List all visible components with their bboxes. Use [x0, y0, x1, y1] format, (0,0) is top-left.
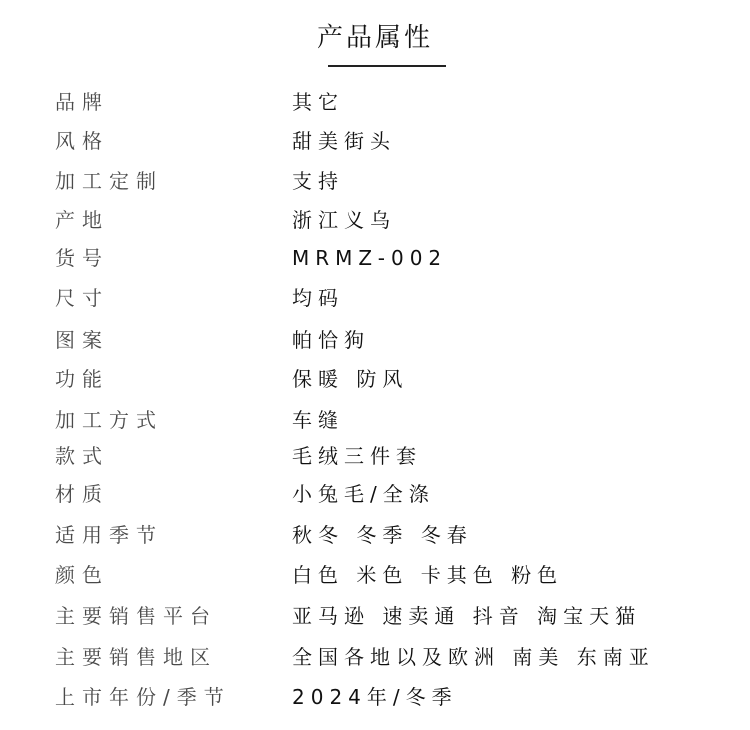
attribute-row-style: 风格 甜美街头 — [0, 126, 750, 156]
attribute-label: 产地 — [55, 205, 109, 235]
attribute-value: 其它 — [292, 87, 344, 117]
attribute-value: 全国各地以及欧洲 南美 东南亚 — [292, 642, 655, 672]
attribute-value: 毛绒三件套 — [292, 441, 422, 471]
attribute-row-sales-platforms: 主要销售平台 亚马逊 速卖通 抖音 淘宝天猫 — [0, 601, 750, 631]
attribute-value: 帕恰狗 — [292, 325, 370, 355]
attribute-row-processing-method: 加工方式 车缝 — [0, 405, 750, 435]
attribute-label: 货号 — [55, 243, 109, 273]
attribute-value: 白色 米色 卡其色 粉色 — [292, 560, 563, 590]
attribute-value: 亚马逊 速卖通 抖音 淘宝天猫 — [292, 601, 641, 631]
attribute-label: 颜色 — [55, 560, 109, 590]
attribute-label: 品牌 — [55, 87, 109, 117]
attribute-row-function: 功能 保暖 防风 — [0, 364, 750, 394]
attribute-row-design: 款式 毛绒三件套 — [0, 441, 750, 471]
attribute-value: 甜美街头 — [292, 126, 396, 156]
attribute-label: 功能 — [55, 364, 109, 394]
attribute-value: 车缝 — [292, 405, 344, 435]
attribute-value: 小兔毛/全涤 — [292, 479, 435, 509]
attribute-row-item-number: 货号 MRMZ-002 — [0, 243, 750, 273]
attribute-row-customization: 加工定制 支持 — [0, 166, 750, 196]
attribute-value: 秋冬 冬季 冬春 — [292, 520, 473, 550]
attribute-row-size: 尺寸 均码 — [0, 283, 750, 313]
attribute-row-pattern: 图案 帕恰狗 — [0, 325, 750, 355]
attribute-label: 上市年份/季节 — [55, 682, 231, 712]
attribute-value: 浙江义乌 — [292, 205, 396, 235]
attribute-value: 保暖 防风 — [292, 364, 408, 394]
attribute-row-sales-regions: 主要销售地区 全国各地以及欧洲 南美 东南亚 — [0, 642, 750, 672]
attribute-list: 品牌 其它 风格 甜美街头 加工定制 支持 产地 浙江义乌 货号 MRMZ-00… — [0, 0, 750, 730]
attribute-row-season: 适用季节 秋冬 冬季 冬春 — [0, 520, 750, 550]
attribute-label: 加工定制 — [55, 166, 163, 196]
attribute-label: 尺寸 — [55, 283, 109, 313]
attribute-value: 均码 — [292, 283, 344, 313]
attribute-label: 材质 — [55, 479, 109, 509]
attribute-label: 风格 — [55, 126, 109, 156]
attribute-value: MRMZ-002 — [292, 243, 447, 273]
attribute-row-material: 材质 小兔毛/全涤 — [0, 479, 750, 509]
attribute-row-launch-year-season: 上市年份/季节 2024年/冬季 — [0, 682, 750, 712]
attribute-row-color: 颜色 白色 米色 卡其色 粉色 — [0, 560, 750, 590]
attribute-value: 支持 — [292, 166, 344, 196]
attribute-label: 图案 — [55, 325, 109, 355]
attribute-row-origin: 产地 浙江义乌 — [0, 205, 750, 235]
attribute-row-brand: 品牌 其它 — [0, 87, 750, 117]
attribute-label: 款式 — [55, 441, 109, 471]
attribute-label: 主要销售地区 — [55, 642, 217, 672]
attribute-label: 主要销售平台 — [55, 601, 217, 631]
attribute-value: 2024年/冬季 — [292, 682, 458, 712]
attribute-label: 加工方式 — [55, 405, 163, 435]
attribute-label: 适用季节 — [55, 520, 163, 550]
